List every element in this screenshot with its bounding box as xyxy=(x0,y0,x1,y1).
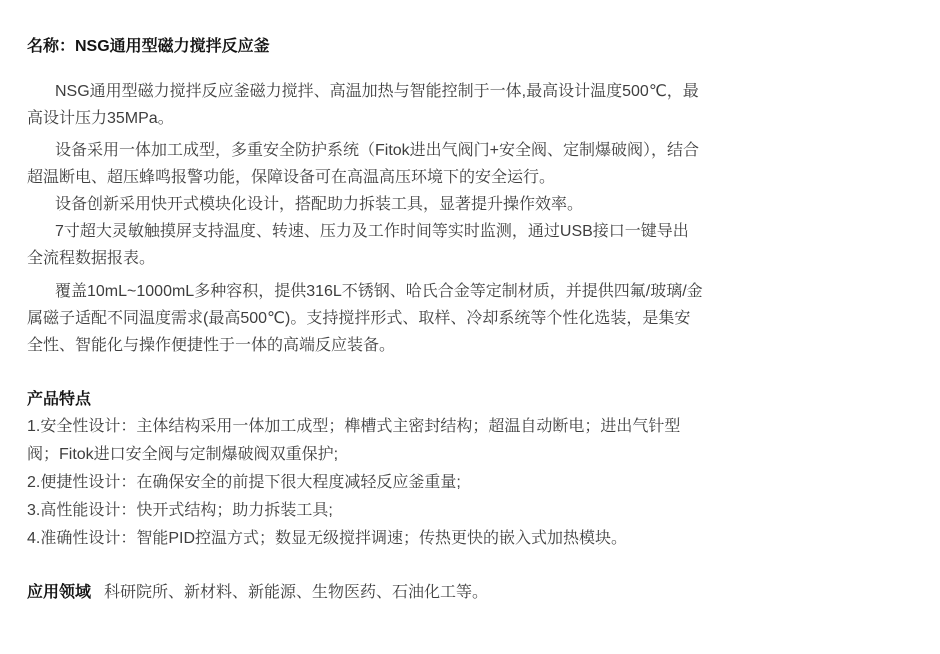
application-text: 科研院所、新材料、新能源、生物医药、石油化工等。 xyxy=(104,584,488,601)
feature-item-accuracy: 4.准确性设计：智能PID控温方式；数显无级搅拌调速；传热更快的嵌入式加热模块。 xyxy=(27,525,703,553)
product-description-document: 名称：NSG通用型磁力搅拌反应釜 NSG通用型磁力搅拌反应釜磁力搅拌、高温加热与… xyxy=(0,0,703,606)
feature-item-convenience: 2.便捷性设计：在确保安全的前提下很大程度减轻反应釜重量; xyxy=(27,469,703,497)
application-line: 应用领域科研院所、新材料、新能源、生物医药、石油化工等。 xyxy=(27,579,703,606)
feature-item-safety: 1.安全性设计：主体结构采用一体加工成型；榫槽式主密封结构；超温自动断电；进出气… xyxy=(27,413,703,469)
intro-paragraph-quick-open-design: 设备创新采用快开式模块化设计，搭配助力拆装工具，显著提升操作效率。 xyxy=(27,191,703,218)
features-section: 产品特点 1.安全性设计：主体结构采用一体加工成型；榫槽式主密封结构；超温自动断… xyxy=(27,386,703,553)
intro-paragraph-touchscreen: 7寸超大灵敏触摸屏支持温度、转速、压力及工作时间等实时监测，通过USB接口一键导… xyxy=(27,218,703,272)
intro-paragraph-overview: NSG通用型磁力搅拌反应釜磁力搅拌、高温加热与智能控制于一体,最高设计温度500… xyxy=(27,78,703,132)
page-title: 名称：NSG通用型磁力搅拌反应釜 xyxy=(27,33,703,60)
feature-item-performance: 3.高性能设计：快开式结构；助力拆装工具; xyxy=(27,497,703,525)
intro-paragraph-capacity-options: 覆盖10mL~1000mL多种容积，提供316L不锈钢、哈氏合金等定制材质，并提… xyxy=(27,278,703,359)
intro-paragraph-safety-system: 设备采用一体加工成型，多重安全防护系统（Fitok进出气阀门+安全阀、定制爆破阀… xyxy=(27,137,703,191)
application-label: 应用领域 xyxy=(27,584,91,601)
features-heading: 产品特点 xyxy=(27,386,703,413)
